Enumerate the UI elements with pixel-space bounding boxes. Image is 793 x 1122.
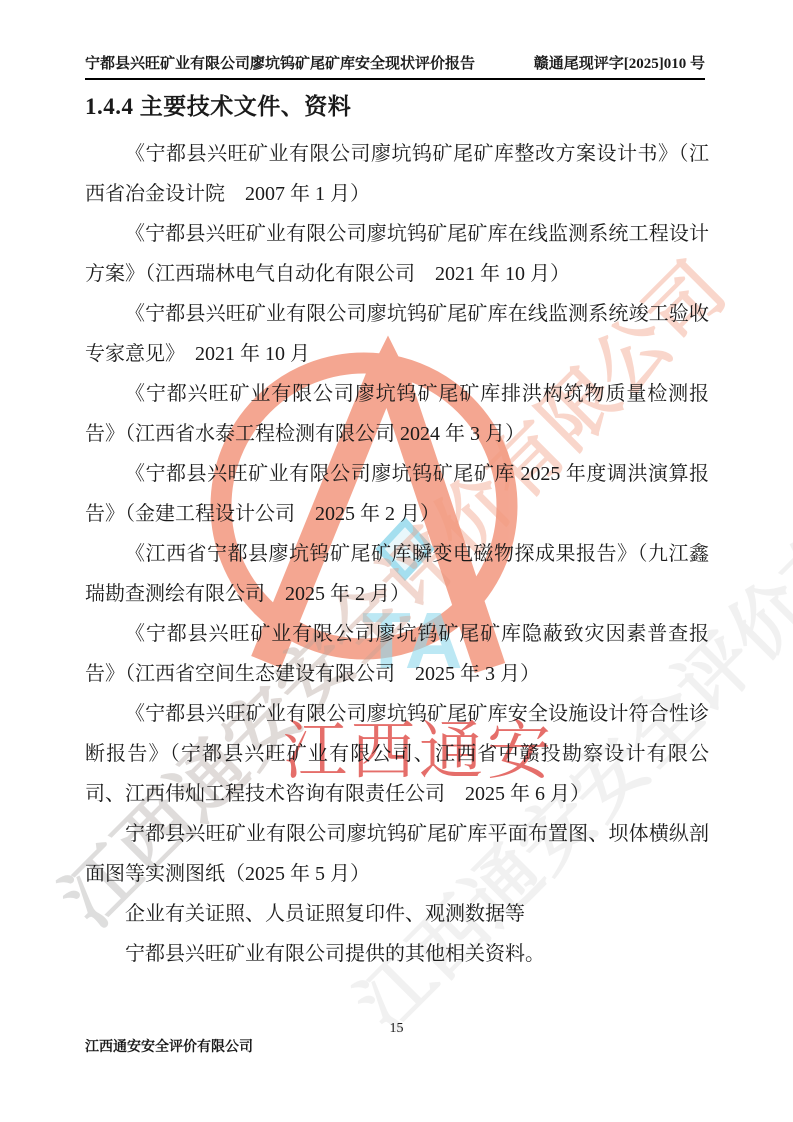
paragraph: 宁都县兴旺矿业有限公司廖坑钨矿尾矿库平面布置图、坝体横纵剖面图等实测图纸（202… [85, 814, 709, 894]
page-number: 15 [0, 1021, 793, 1037]
section-heading: 1.4.4 主要技术文件、资料 [85, 88, 351, 121]
paragraph: 宁都县兴旺矿业有限公司提供的其他相关资料。 [85, 934, 709, 974]
paragraph: 《江西省宁都县廖坑钨矿尾矿库瞬变电磁物探成果报告》（九江鑫瑞勘查测绘有限公司 2… [85, 534, 709, 614]
paragraph: 《宁都县兴旺矿业有限公司廖坑钨矿尾矿库隐蔽致灾因素普查报告》（江西省空间生态建设… [85, 614, 709, 694]
page-header: 宁都县兴旺矿业有限公司廖坑钨矿尾矿库安全现状评价报告 赣通尾现评字[2025]0… [85, 52, 705, 80]
paragraph: 《宁都县兴旺矿业有限公司廖坑钨矿尾矿库整改方案设计书》（江西省冶金设计院 200… [85, 134, 709, 214]
paragraph: 《宁都县兴旺矿业有限公司廖坑钨矿尾矿库 2025 年度调洪演算报告》（金建工程设… [85, 454, 709, 534]
header-report-title: 宁都县兴旺矿业有限公司廖坑钨矿尾矿库安全现状评价报告 [85, 52, 475, 73]
paragraph: 《宁都县兴旺矿业有限公司廖坑钨矿尾矿库在线监测系统竣工验收专家意见》 2021 … [85, 294, 709, 374]
page-content: 宁都县兴旺矿业有限公司廖坑钨矿尾矿库安全现状评价报告 赣通尾现评字[2025]0… [0, 0, 793, 1122]
paragraph: 《宁都县兴旺矿业有限公司廖坑钨矿尾矿库安全设施设计符合性诊断报告》（宁都县兴旺矿… [85, 694, 709, 814]
header-document-number: 赣通尾现评字[2025]010 号 [534, 52, 705, 73]
body-text: 《宁都县兴旺矿业有限公司廖坑钨矿尾矿库整改方案设计书》（江西省冶金设计院 200… [85, 134, 709, 974]
paragraph: 《宁都县兴旺矿业有限公司廖坑钨矿尾矿库在线监测系统工程设计方案》（江西瑞林电气自… [85, 214, 709, 294]
document-page: TA 江西通安安全评价有限公司 江西通安安全评价有限公司 江西通安 宁都县兴旺矿… [0, 0, 793, 1122]
footer-company-name: 江西通安安全评价有限公司 [85, 1036, 253, 1056]
paragraph: 《宁都兴旺矿业有限公司廖坑钨矿尾矿库排洪构筑物质量检测报告》（江西省水泰工程检测… [85, 374, 709, 454]
paragraph: 企业有关证照、人员证照复印件、观测数据等 [85, 894, 709, 934]
